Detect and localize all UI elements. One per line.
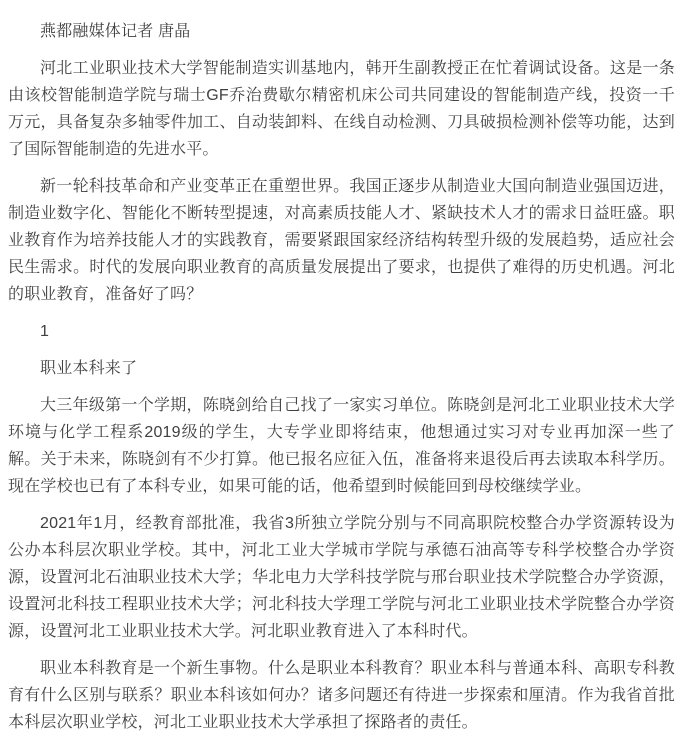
section-number: 1 [8, 318, 675, 345]
article-paragraph: 职业本科教育是一个新生事物。什么是职业本科教育？职业本科与普通本科、高职专科教育… [8, 655, 675, 736]
section-heading: 职业本科来了 [8, 355, 675, 382]
article-paragraph: 2021年1月，经教育部批准，我省3所独立学院分别与不同高职院校整合办学资源转设… [8, 510, 675, 645]
article-paragraph: 河北工业职业技术大学智能制造实训基地内，韩开生副教授正在忙着调试设备。这是一条由… [8, 55, 675, 163]
article-body: 燕都融媒体记者 唐晶 河北工业职业技术大学智能制造实训基地内，韩开生副教授正在忙… [0, 0, 683, 751]
article-paragraph: 新一轮科技革命和产业变革正在重塑世界。我国正逐步从制造业大国向制造业强国迈进，制… [8, 173, 675, 308]
article-paragraph: 大三年级第一个学期，陈晓剑给自己找了一家实习单位。陈晓剑是河北工业职业技术大学环… [8, 392, 675, 500]
article-byline: 燕都融媒体记者 唐晶 [8, 18, 675, 45]
